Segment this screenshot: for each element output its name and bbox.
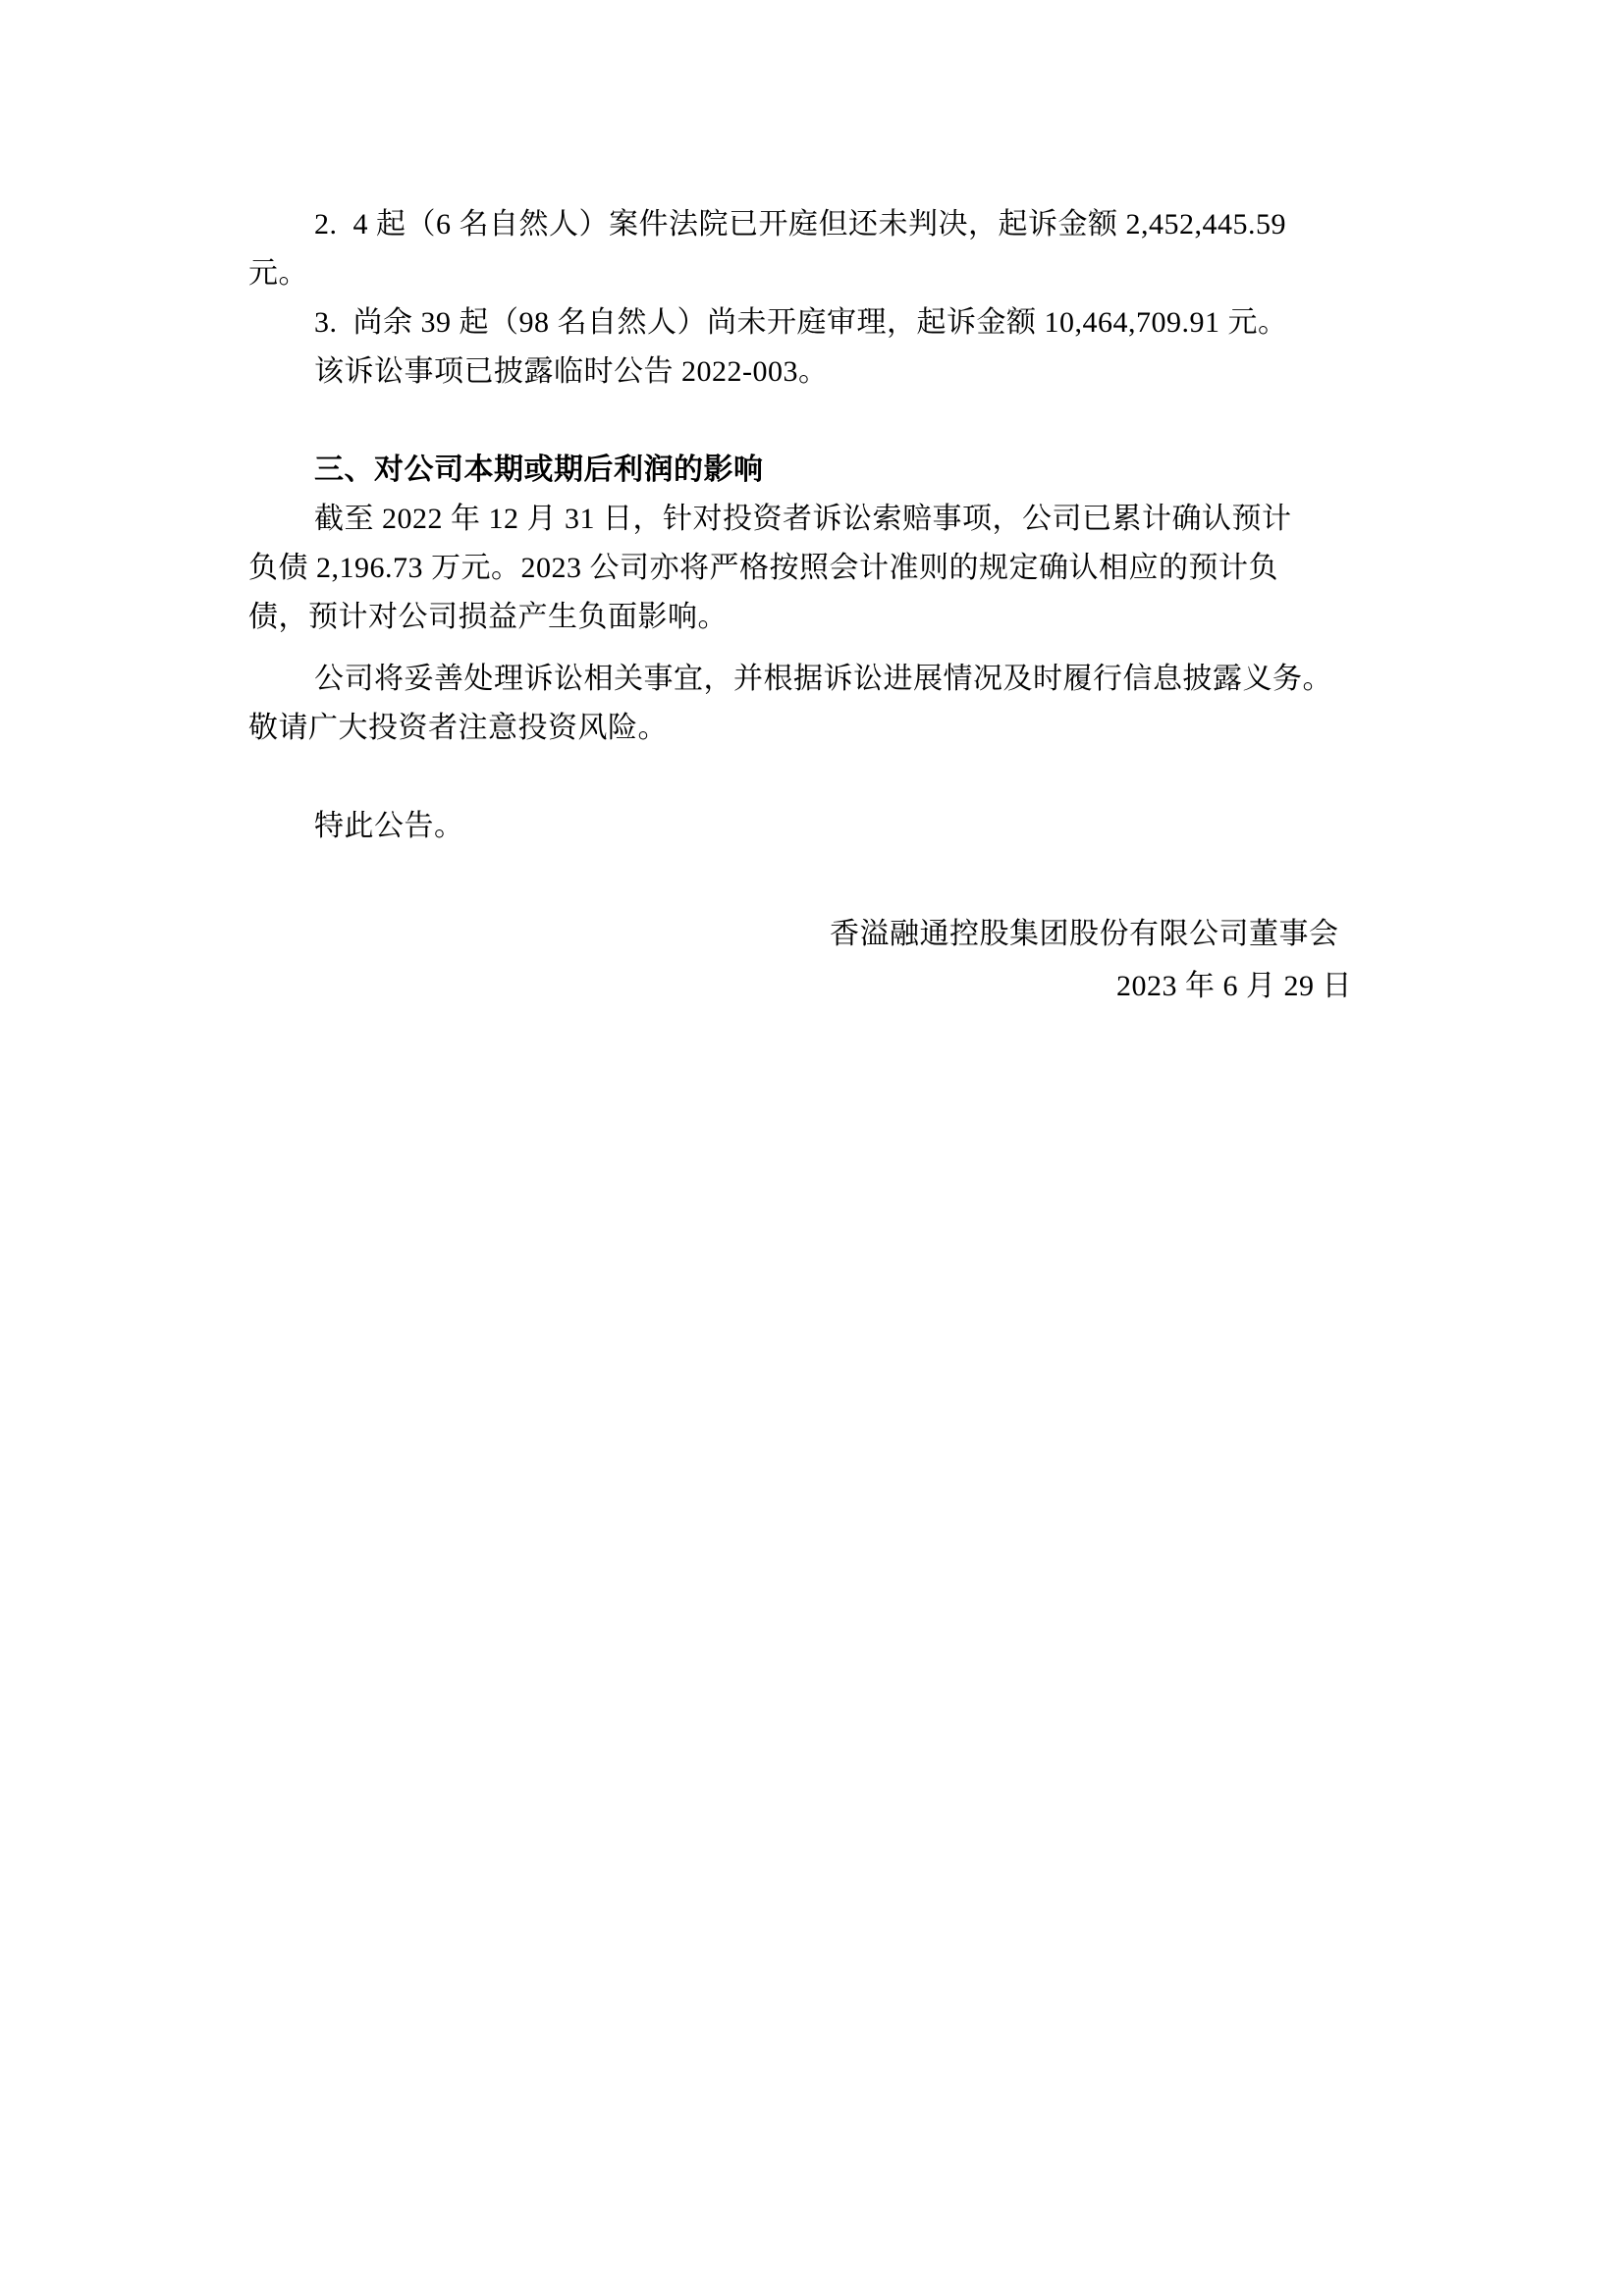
paragraph-1-line-1: 截至 2022 年 12 月 31 日，针对投资者诉讼索赔事项，公司已累计确认预… [314,500,1292,539]
list-item-text: 尚余 39 起（98 名自然人）尚未开庭审理，起诉金额 10,464,709.9… [353,306,1288,339]
list-item-text: 4 起（6 名自然人）案件法院已开庭但还未判决，起诉金额 2,452,445.5… [353,208,1287,240]
list-item-number: 3. [314,306,338,339]
list-item-number: 2. [314,208,338,240]
document-page: 2. 4 起（6 名自然人）案件法院已开庭但还未判决，起诉金额 2,452,44… [0,0,1624,2296]
list-item-2-line-1: 2. 4 起（6 名自然人）案件法院已开庭但还未判决，起诉金额 2,452,44… [314,205,1286,244]
section-heading: 三、对公司本期或期后利润的影响 [314,451,764,490]
paragraph-1-line-3: 债，预计对公司损益产生负面影响。 [248,598,728,637]
paragraph-2-line-2: 敬请广大投资者注意投资风险。 [248,709,668,748]
signature-company: 香溢融通控股集团股份有限公司董事会 [830,915,1339,954]
paragraph-2-line-1: 公司将妥善处理诉讼相关事宜，并根据诉讼进展情况及时履行信息披露义务。 [314,660,1332,699]
list-item-2-line-2: 元。 [248,254,308,294]
list-item-3: 3. 尚余 39 起（98 名自然人）尚未开庭审理，起诉金额 10,464,70… [314,303,1288,343]
signature-date: 2023 年 6 月 29 日 [1116,967,1352,1006]
closing-statement: 特此公告。 [314,807,464,846]
paragraph-1-line-2: 负债 2,196.73 万元。2023 公司亦将严格按照会计准则的规定确认相应的… [248,549,1278,588]
disclosure-note: 该诉讼事项已披露临时公告 2022-003。 [314,352,829,392]
